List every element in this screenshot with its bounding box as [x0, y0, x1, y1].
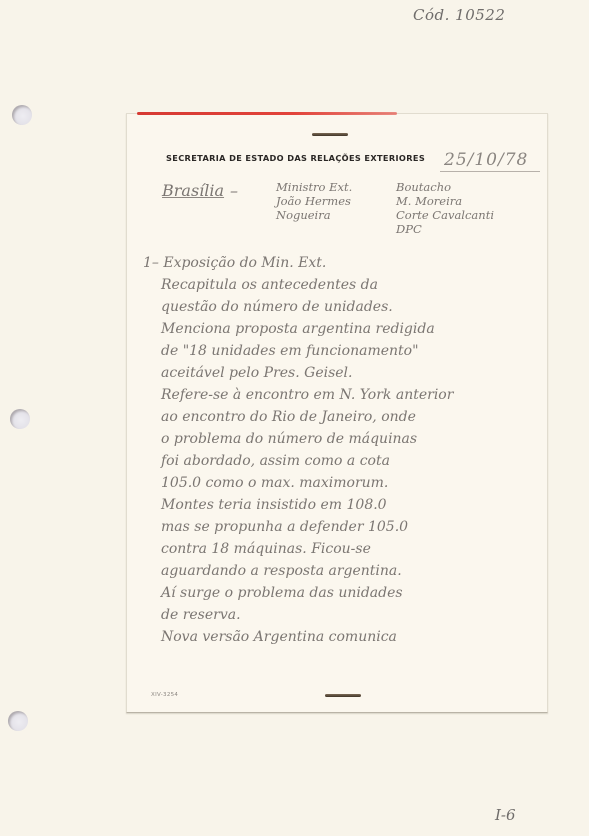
- staple-top: [312, 133, 348, 136]
- participant: Ministro Ext.: [276, 180, 352, 194]
- participant: Nogueira: [276, 208, 352, 222]
- participant: Boutacho: [396, 180, 494, 194]
- body-line: foi abordado, assim como a cota: [143, 450, 453, 472]
- page-number: I-6: [495, 806, 516, 824]
- body-line: Montes teria insistido em 108.0: [143, 494, 453, 516]
- archive-code: Cód. 10522: [413, 6, 505, 24]
- form-code: XIV-3254: [151, 692, 178, 698]
- participant: Corte Cavalcanti: [396, 208, 494, 222]
- red-tape-mark: [137, 112, 397, 115]
- body-line: Refere-se à encontro em N. York anterior: [143, 384, 453, 406]
- letterhead-title: SECRETARIA DE ESTADO DAS RELAÇÕES EXTERI…: [166, 153, 425, 163]
- body-line-heading: 1– Exposição do Min. Ext.: [143, 252, 453, 274]
- body-line: ao encontro do Rio de Janeiro, onde: [143, 406, 453, 428]
- participant: M. Moreira: [396, 194, 494, 208]
- body-line: mas se propunha a defender 105.0: [143, 516, 453, 538]
- handwritten-body: 1– Exposição do Min. Ext. Recapitula os …: [143, 252, 453, 648]
- place-dash: –: [230, 181, 238, 200]
- staple-bottom: [325, 694, 361, 697]
- participants-left: Ministro Ext. João Hermes Nogueira: [276, 180, 352, 222]
- body-line: Recapitula os antecedentes da: [143, 274, 453, 296]
- participant: João Hermes: [276, 194, 352, 208]
- participant: DPC: [396, 222, 494, 236]
- binder-hole-middle: [10, 409, 30, 429]
- meeting-place: Brasília: [162, 181, 224, 200]
- body-line: 105.0 como o max. maximorum.: [143, 472, 453, 494]
- body-line: questão do número de unidades.: [143, 296, 453, 318]
- body-line: o problema do número de máquinas: [143, 428, 453, 450]
- binder-hole-top: [12, 105, 32, 125]
- body-line: aguardando a resposta argentina.: [143, 560, 453, 582]
- memo-date: 25/10/78: [440, 150, 540, 172]
- body-line: Aí surge o problema das unidades: [143, 582, 453, 604]
- body-line: aceitável pelo Pres. Geisel.: [143, 362, 453, 384]
- participants-right: Boutacho M. Moreira Corte Cavalcanti DPC: [396, 180, 494, 236]
- body-line: de reserva.: [143, 604, 453, 626]
- body-line: Menciona proposta argentina redigida: [143, 318, 453, 340]
- body-line: de "18 unidades em funcionamento": [143, 340, 453, 362]
- body-line: Nova versão Argentina comunica: [143, 626, 453, 648]
- binder-hole-bottom: [8, 711, 28, 731]
- body-line: contra 18 máquinas. Ficou-se: [143, 538, 453, 560]
